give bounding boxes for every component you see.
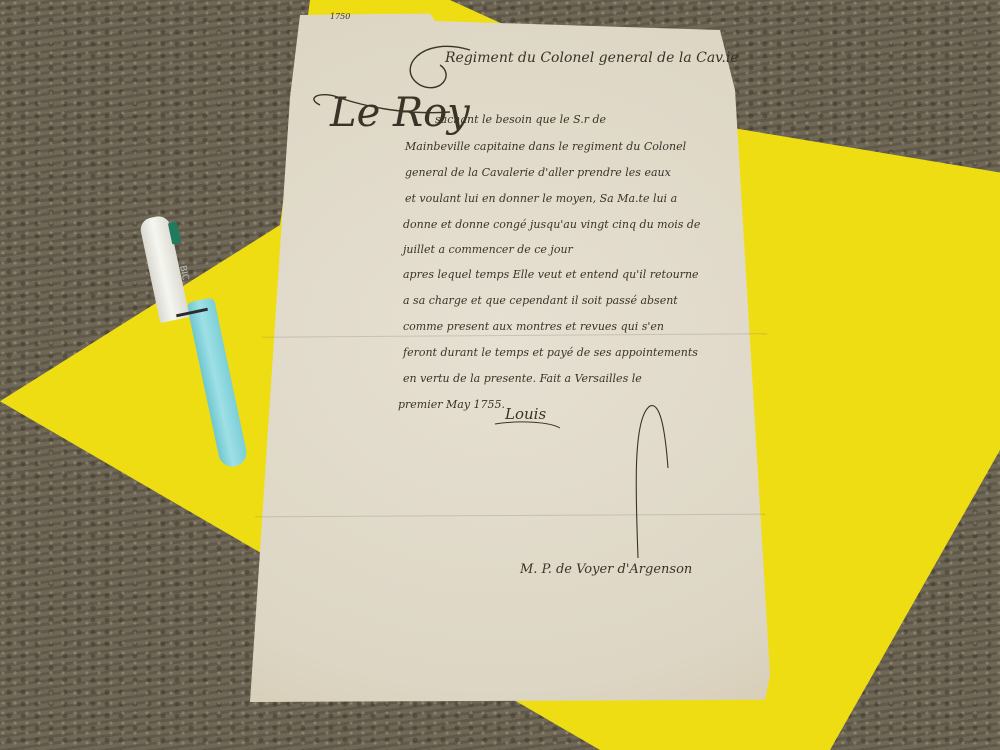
- document-line: premier May 1755.: [398, 398, 505, 411]
- document-line: et voulant lui en donner le moyen, Sa Ma…: [405, 192, 677, 205]
- document-heading: Regiment du Colonel general de la Cav.ie: [445, 50, 739, 66]
- document-line: donne et donne congé jusqu'au vingt cinq…: [403, 218, 700, 231]
- document-line: a sa charge et que cependant il soit pas…: [403, 294, 678, 307]
- document-line: apres lequel temps Elle veut et entend q…: [403, 268, 699, 281]
- document-line: en vertu de la presente. Fait a Versaill…: [403, 372, 642, 385]
- corner-note: 1750: [330, 12, 350, 21]
- minister-signature: M. P. de Voyer d'Argenson: [520, 562, 692, 577]
- document-line: sachant le besoin que le S.r de: [435, 113, 606, 126]
- minister-paraph-icon: [620, 398, 680, 568]
- signature-underline-icon: [490, 418, 570, 438]
- document-line: Mainbeville capitaine dans le regiment d…: [405, 140, 686, 153]
- document-line: general de la Cavalerie d'aller prendre …: [405, 166, 671, 179]
- document-line: juillet a commencer de ce jour: [403, 243, 573, 256]
- document-line: comme present aux montres et revues qui …: [403, 320, 664, 333]
- document-line: feront durant le temps et payé de ses ap…: [403, 346, 698, 359]
